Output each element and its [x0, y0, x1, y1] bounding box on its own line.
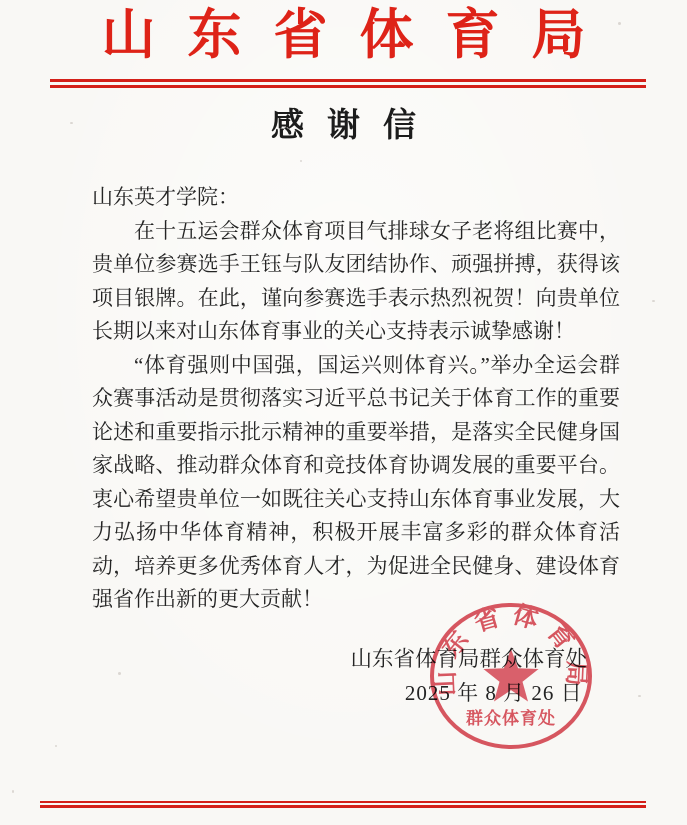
- letter-body: 山东英才学院： 在十五运会群众体育项目气排球女子老将组比赛中，贵单位参赛选手王钰…: [92, 181, 620, 617]
- letter-title: 感谢信: [0, 104, 687, 148]
- letterhead-rule: [50, 79, 646, 88]
- letter-page: 山东省体育局 感谢信 山东英才学院： 在十五运会群众体育项目气排球女子老将组比赛…: [0, 0, 687, 825]
- footer-rule: [40, 801, 646, 808]
- scan-speck: [70, 122, 73, 124]
- scan-speck: [55, 745, 57, 747]
- body-paragraph-2: “体育强则中国强，国运兴则体育兴。”举办全运会群众赛事活动是贯彻落实习近平总书记…: [92, 349, 620, 617]
- letterhead-title: 山东省体育局: [0, 0, 687, 70]
- scan-speck: [12, 790, 14, 793]
- salutation: 山东英才学院：: [92, 181, 620, 215]
- scan-speck: [618, 22, 621, 25]
- scan-speck: [638, 695, 641, 697]
- scan-speck: [652, 300, 655, 302]
- scan-speck: [600, 392, 602, 394]
- scan-speck: [118, 672, 121, 675]
- body-paragraph-1: 在十五运会群众体育项目气排球女子老将组比赛中，贵单位参赛选手王钰与队友团结协作、…: [92, 215, 620, 349]
- seal-star-icon: [483, 649, 538, 702]
- scan-speck: [300, 160, 302, 162]
- seal-bottom-text: 群众体育处: [466, 708, 556, 728]
- official-seal: 山东省体育局 群众体育处: [427, 600, 595, 752]
